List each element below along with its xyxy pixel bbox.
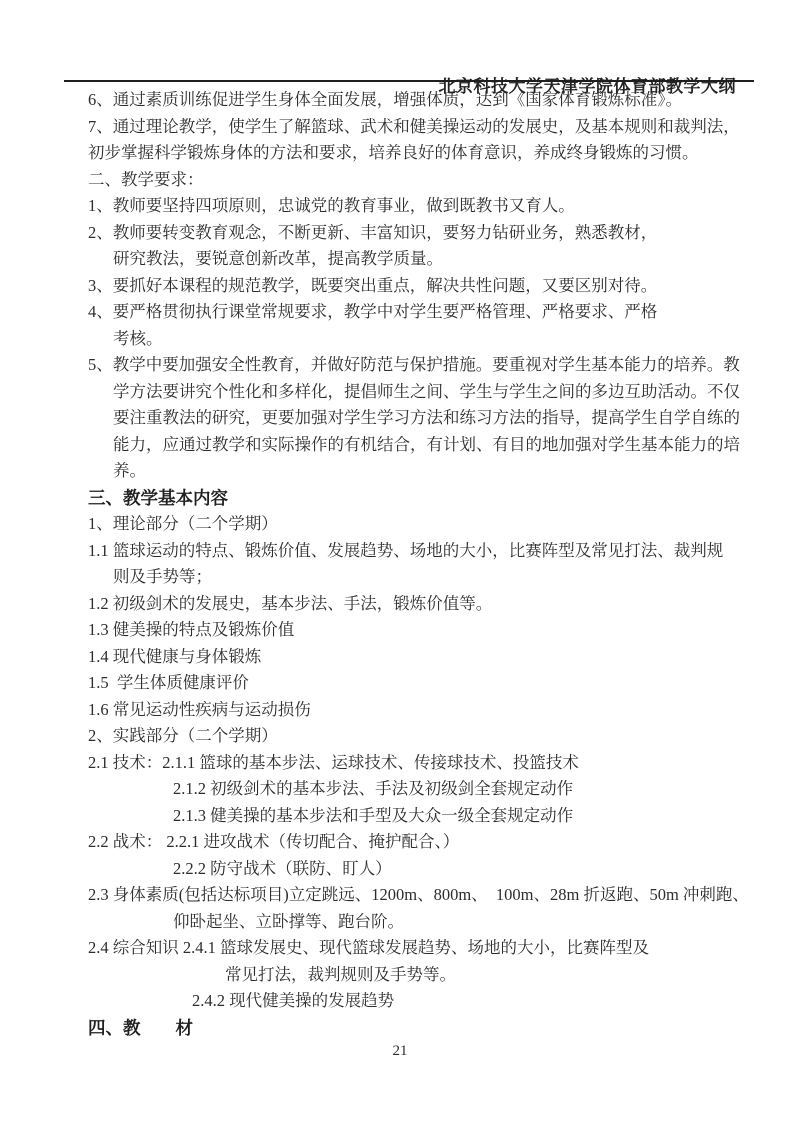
text-line: 2.1.3 健美操的基本步法和手型及大众一级全套规定动作 — [88, 803, 748, 830]
text-line: 2、实践部分（二个学期） — [88, 723, 748, 750]
text-line: 4、要严格贯彻执行课堂常规要求，教学中对学生要严格管理、严格要求、严格 — [88, 299, 748, 326]
text-line: 5、教学中要加强安全性教育，并做好防范与保护措施。要重视对学生基本能力的培养。教 — [88, 352, 748, 379]
text-line: 养。 — [88, 458, 748, 485]
text-line: 2.2.2 防守战术（联防、盯人） — [88, 856, 748, 883]
header-rule — [64, 80, 754, 82]
text-line: 2.4 综合知识 2.4.1 篮球发展史、现代篮球发展趋势、场地的大小，比赛阵型… — [88, 935, 748, 962]
text-line: 2、教师要转变教育观念，不断更新、丰富知识，要努力钻研业务，熟悉教材， — [88, 220, 748, 247]
text-line: 初步掌握科学锻炼身体的方法和要求，培养良好的体育意识，养成终身锻炼的习惯。 — [88, 140, 748, 167]
text-line: 三、教学基本内容 — [88, 485, 748, 512]
text-line: 3、要抓好本课程的规范教学，既要突出重点，解决共性问题，又要区别对待。 — [88, 273, 748, 300]
page-number: 21 — [393, 1043, 408, 1059]
text-line: 二、教学要求： — [88, 167, 748, 194]
text-line: 要注重教法的研究，更要加强对学生学习方法和练习方法的指导，提高学生自学自练的 — [88, 405, 748, 432]
text-line: 常见打法，裁判规则及手势等。 — [88, 962, 748, 989]
text-line: 1、教师要坚持四项原则，忠诚党的教育事业，做到既教书又育人。 — [88, 193, 748, 220]
text-line: 2.1 技术：2.1.1 篮球的基本步法、运球技术、传接球技术、投篮技术 — [88, 750, 748, 777]
text-line: 2.1.2 初级剑术的基本步法、手法及初级剑全套规定动作 — [88, 776, 748, 803]
document-body: 6、通过素质训练促进学生身体全面发展，增强体质，达到《国家体育锻炼标准》。7、通… — [88, 87, 748, 1041]
text-line: 研究教法，要锐意创新改革，提高教学质量。 — [88, 246, 748, 273]
text-line: 则及手势等； — [88, 564, 748, 591]
text-line: 1.1 篮球运动的特点、锻炼价值、发展趋势、场地的大小，比赛阵型及常见打法、裁判… — [88, 538, 748, 565]
text-line: 2.3 身体素质(包括达标项目)立定跳远、1200m、800m、 100m、28… — [88, 882, 748, 909]
text-line: 7、通过理论教学，使学生了解篮球、武术和健美操运动的发展史，及基本规则和裁判法， — [88, 114, 748, 141]
text-line: 6、通过素质训练促进学生身体全面发展，增强体质，达到《国家体育锻炼标准》。 — [88, 87, 748, 114]
text-line: 1.5 学生体质健康评价 — [88, 670, 748, 697]
text-line: 2.2 战术： 2.2.1 进攻战术（传切配合、掩护配合、） — [88, 829, 748, 856]
text-line: 能力，应通过教学和实际操作的有机结合，有计划、有目的地加强对学生基本能力的培 — [88, 432, 748, 459]
text-line: 1.6 常见运动性疾病与运动损伤 — [88, 697, 748, 724]
text-line: 学方法要讲究个性化和多样化，提倡师生之间、学生与学生之间的多边互助活动。不仅 — [88, 379, 748, 406]
text-line: 1.2 初级剑术的发展史，基本步法、手法，锻炼价值等。 — [88, 591, 748, 618]
text-line: 考核。 — [88, 326, 748, 353]
page-footer: 21 — [0, 1042, 800, 1060]
text-line: 1.4 现代健康与身体锻炼 — [88, 644, 748, 671]
text-line: 仰卧起坐、立卧撑等、跑台阶。 — [88, 909, 748, 936]
text-line: 四、教 材 — [88, 1015, 748, 1042]
text-line: 1、理论部分（二个学期） — [88, 511, 748, 538]
text-line: 1.3 健美操的特点及锻炼价值 — [88, 617, 748, 644]
document-page: 北京科技大学天津学院体育部教学大纲 6、通过素质训练促进学生身体全面发展，增强体… — [0, 0, 800, 1131]
text-line: 2.4.2 现代健美操的发展趋势 — [88, 988, 748, 1015]
